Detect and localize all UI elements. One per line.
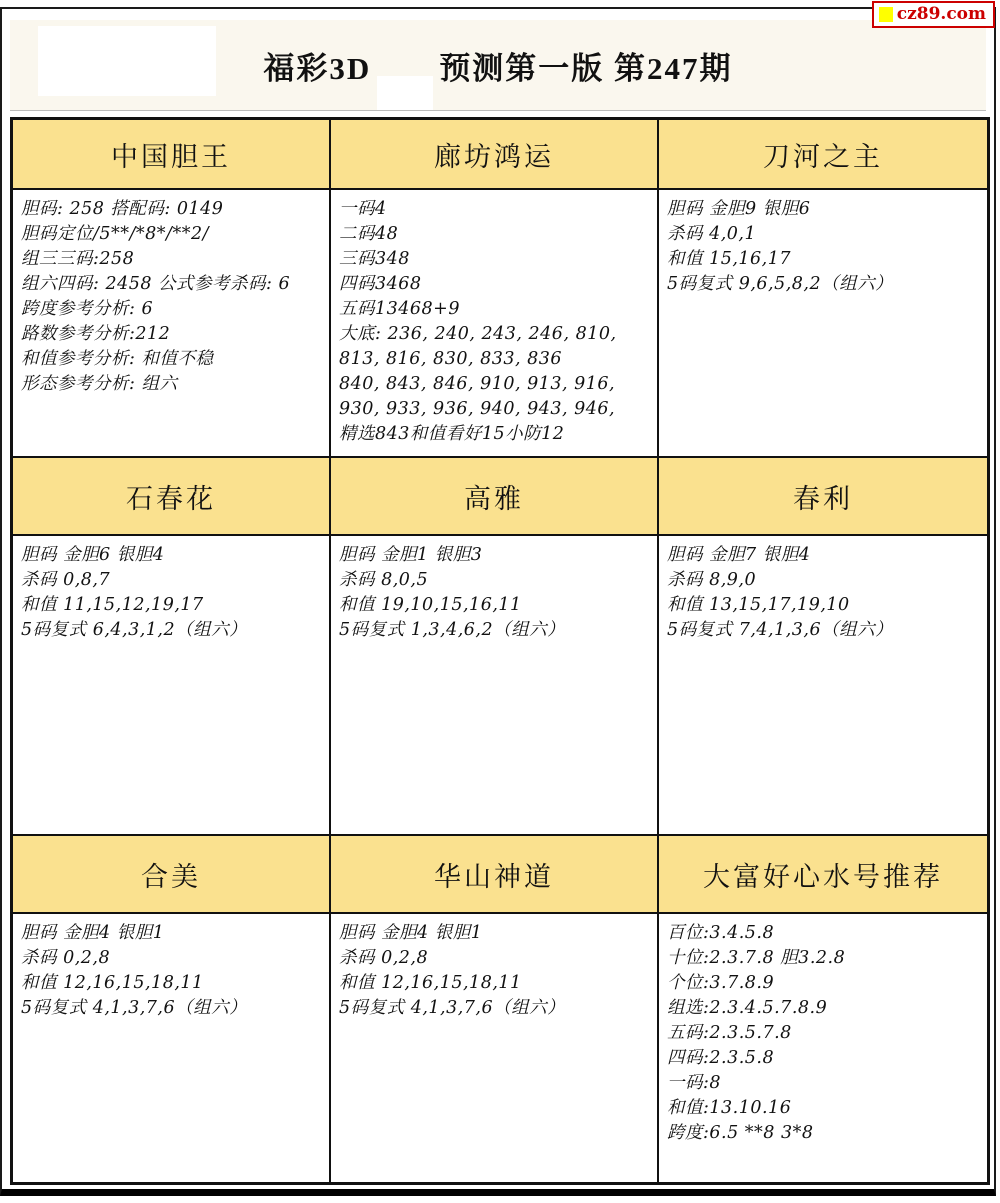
text-line: 四码:2.3.5.8 xyxy=(667,1046,979,1071)
text-line: 杀码 0,2,8 xyxy=(21,946,321,971)
cell-header-dafuhaoxinshui: 大富好心水号推荐 xyxy=(659,836,987,914)
cell-body-gaoya: 胆码 金胆1 银胆3杀码 8,0,5和值 19,10,15,16,115码复式 … xyxy=(331,536,657,649)
cell-body-langfanghongyun: 一码4二码48三码348四码3468五码13468+9大底: 236, 240,… xyxy=(331,190,657,453)
cell-chunli: 春利 胆码 金胆7 银胆4杀码 8,9,0和值 13,15,17,19,105码… xyxy=(659,458,987,836)
page-frame: 福彩3D 预测第一版 第247期 中国胆王 胆码: 258 搭配码: 0149胆… xyxy=(0,7,996,1196)
text-line: 一码4 xyxy=(339,197,649,222)
text-line: 组三三码:258 xyxy=(21,247,321,272)
blank-watermark-box-mid xyxy=(377,76,433,110)
text-line: 和值 13,15,17,19,10 xyxy=(667,593,979,618)
cell-dafuhaoxinshui: 大富好心水号推荐 百位:3.4.5.8十位:2.3.7.8 胆3.2.8个位:3… xyxy=(659,836,987,1182)
text-line: 杀码 4,0,1 xyxy=(667,222,979,247)
text-line: 和值 15,16,17 xyxy=(667,247,979,272)
cell-hemei: 合美 胆码 金胆4 银胆1杀码 0,2,8和值 12,16,15,18,115码… xyxy=(13,836,331,1182)
text-line: 840, 843, 846, 910, 913, 916, 930, 933, … xyxy=(339,372,649,422)
cell-body-zhongguodanwang: 胆码: 258 搭配码: 0149胆码定位/5**/*8*/**2/组三三码:2… xyxy=(13,190,329,403)
site-badge[interactable]: cz89.com xyxy=(872,1,995,28)
cell-huashanshendao: 华山神道 胆码 金胆4 银胆1杀码 0,2,8和值 12,16,15,18,11… xyxy=(331,836,659,1182)
text-line: 杀码 0,2,8 xyxy=(339,946,649,971)
text-line: 杀码 8,0,5 xyxy=(339,568,649,593)
text-line: 5码复式 9,6,5,8,2（组六） xyxy=(667,272,979,297)
cell-gaoya: 高雅 胆码 金胆1 银胆3杀码 8,0,5和值 19,10,15,16,115码… xyxy=(331,458,659,836)
text-line: 和值 12,16,15,18,11 xyxy=(21,971,321,996)
cell-shichunhua: 石春花 胆码 金胆6 银胆4杀码 0,8,7和值 11,15,12,19,175… xyxy=(13,458,331,836)
text-line: 形态参考分析: 组六 xyxy=(21,372,321,397)
yellow-square-icon xyxy=(879,7,893,22)
cell-body-dafuhaoxinshui: 百位:3.4.5.8十位:2.3.7.8 胆3.2.8个位:3.7.8.9组选:… xyxy=(659,914,987,1152)
text-line: 5码复式 4,1,3,7,6（组六） xyxy=(339,996,649,1021)
text-line: 5码复式 4,1,3,7,6（组六） xyxy=(21,996,321,1021)
text-line: 5码复式 7,4,1,3,6（组六） xyxy=(667,618,979,643)
text-line: 路数参考分析:212 xyxy=(21,322,321,347)
page-title-part1: 福彩3D xyxy=(263,43,371,88)
cell-langfanghongyun: 廊坊鸿运 一码4二码48三码348四码3468五码13468+9大底: 236,… xyxy=(331,120,659,458)
text-line: 四码3468 xyxy=(339,272,649,297)
text-line: 胆码定位/5**/*8*/**2/ xyxy=(21,222,321,247)
cell-body-hemei: 胆码 金胆4 银胆1杀码 0,2,8和值 12,16,15,18,115码复式 … xyxy=(13,914,329,1027)
cell-header-hemei: 合美 xyxy=(13,836,329,914)
cell-header-huashanshendao: 华山神道 xyxy=(331,836,657,914)
text-line: 胆码 金胆9 银胆6 xyxy=(667,197,979,222)
text-line: 三码348 xyxy=(339,247,649,272)
cell-header-zhongguodanwang: 中国胆王 xyxy=(13,120,329,190)
blank-watermark-box xyxy=(38,26,216,96)
text-line: 胆码 金胆4 银胆1 xyxy=(21,921,321,946)
text-line: 五码13468+9 xyxy=(339,297,649,322)
page-title-part2: 预测第一版 第247期 xyxy=(439,43,732,88)
text-line: 组选:2.3.4.5.7.8.9 xyxy=(667,996,979,1021)
cell-header-gaoya: 高雅 xyxy=(331,458,657,536)
text-line: 胆码: 258 搭配码: 0149 xyxy=(21,197,321,222)
text-line: 五码:2.3.5.7.8 xyxy=(667,1021,979,1046)
cell-body-chunli: 胆码 金胆7 银胆4杀码 8,9,0和值 13,15,17,19,105码复式 … xyxy=(659,536,987,649)
text-line: 跨度参考分析: 6 xyxy=(21,297,321,322)
cell-zhongguodanwang: 中国胆王 胆码: 258 搭配码: 0149胆码定位/5**/*8*/**2/组… xyxy=(13,120,331,458)
text-line: 和值 19,10,15,16,11 xyxy=(339,593,649,618)
text-line: 大底: 236, 240, 243, 246, 810, 813, 816, 8… xyxy=(339,322,649,372)
text-line: 和值参考分析: 和值不稳 xyxy=(21,347,321,372)
text-line: 胆码 金胆6 银胆4 xyxy=(21,543,321,568)
text-line: 胆码 金胆4 银胆1 xyxy=(339,921,649,946)
cell-body-huashanshendao: 胆码 金胆4 银胆1杀码 0,2,8和值 12,16,15,18,115码复式 … xyxy=(331,914,657,1027)
cell-body-daohezhizhu: 胆码 金胆9 银胆6杀码 4,0,1和值 15,16,175码复式 9,6,5,… xyxy=(659,190,987,303)
text-line: 和值 12,16,15,18,11 xyxy=(339,971,649,996)
text-line: 5码复式 6,4,3,1,2（组六） xyxy=(21,618,321,643)
text-line: 杀码 8,9,0 xyxy=(667,568,979,593)
cell-daohezhizhu: 刀河之主 胆码 金胆9 银胆6杀码 4,0,1和值 15,16,175码复式 9… xyxy=(659,120,987,458)
text-line: 组六四码: 2458 公式参考杀码: 6 xyxy=(21,272,321,297)
text-line: 精选843和值看好15小防12 xyxy=(339,422,649,447)
text-line: 百位:3.4.5.8 xyxy=(667,921,979,946)
cell-header-chunli: 春利 xyxy=(659,458,987,536)
cell-header-langfanghongyun: 廊坊鸿运 xyxy=(331,120,657,190)
text-line: 和值 11,15,12,19,17 xyxy=(21,593,321,618)
text-line: 杀码 0,8,7 xyxy=(21,568,321,593)
text-line: 和值:13.10.16 xyxy=(667,1096,979,1121)
site-badge-label: cz89.com xyxy=(897,4,986,24)
title-band: 福彩3D 预测第一版 第247期 xyxy=(10,20,986,111)
cell-body-shichunhua: 胆码 金胆6 银胆4杀码 0,8,7和值 11,15,12,19,175码复式 … xyxy=(13,536,329,649)
text-line: 一码:8 xyxy=(667,1071,979,1096)
text-line: 二码48 xyxy=(339,222,649,247)
text-line: 胆码 金胆7 银胆4 xyxy=(667,543,979,568)
text-line: 个位:3.7.8.9 xyxy=(667,971,979,996)
text-line: 十位:2.3.7.8 胆3.2.8 xyxy=(667,946,979,971)
text-line: 跨度:6.5 **8 3*8 xyxy=(667,1121,979,1146)
text-line: 5码复式 1,3,4,6,2（组六） xyxy=(339,618,649,643)
prediction-grid: 中国胆王 胆码: 258 搭配码: 0149胆码定位/5**/*8*/**2/组… xyxy=(10,117,990,1185)
cell-header-daohezhizhu: 刀河之主 xyxy=(659,120,987,190)
text-line: 胆码 金胆1 银胆3 xyxy=(339,543,649,568)
cell-header-shichunhua: 石春花 xyxy=(13,458,329,536)
